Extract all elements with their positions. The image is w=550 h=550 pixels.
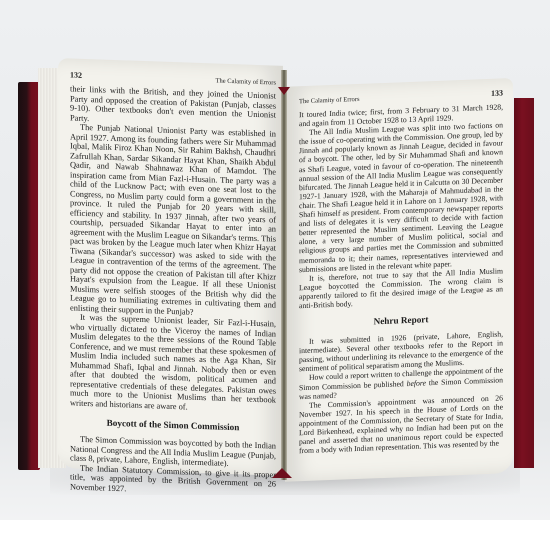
- running-head: The Calamity of Errors: [216, 78, 276, 87]
- paragraph: It is, therefore, not true to say that t…: [299, 266, 503, 310]
- left-page-content: 132 The Calamity of Errors their links w…: [70, 70, 276, 498]
- paragraph: It was the supreme Unionist leader, Sir …: [70, 312, 276, 414]
- paragraph: The All India Muslim League was split in…: [299, 121, 503, 274]
- section-heading: Boycott of the Simon Commission: [70, 416, 276, 433]
- page-number: 132: [70, 70, 82, 79]
- book-cover-right-edge: [514, 98, 534, 468]
- paragraph: The Commission's appointment was announc…: [299, 393, 503, 455]
- left-page-header: 132 The Calamity of Errors: [70, 70, 276, 86]
- headband-top: [278, 87, 290, 95]
- left-page: 132 The Calamity of Errors their links w…: [58, 58, 283, 476]
- page-number: 133: [491, 88, 503, 97]
- book-cover-left-edge: [18, 82, 40, 470]
- emphasis-text: before: [407, 378, 426, 388]
- right-page: The Calamity of Errors 133 It toured Ind…: [285, 78, 513, 482]
- book-gutter: [281, 70, 287, 480]
- section-heading: Nehru Report: [299, 311, 503, 329]
- right-page-content: The Calamity of Errors 133 It toured Ind…: [299, 88, 503, 455]
- paragraph: The Punjab National Unionist Party was e…: [70, 122, 276, 319]
- running-head: The Calamity of Errors: [299, 96, 359, 105]
